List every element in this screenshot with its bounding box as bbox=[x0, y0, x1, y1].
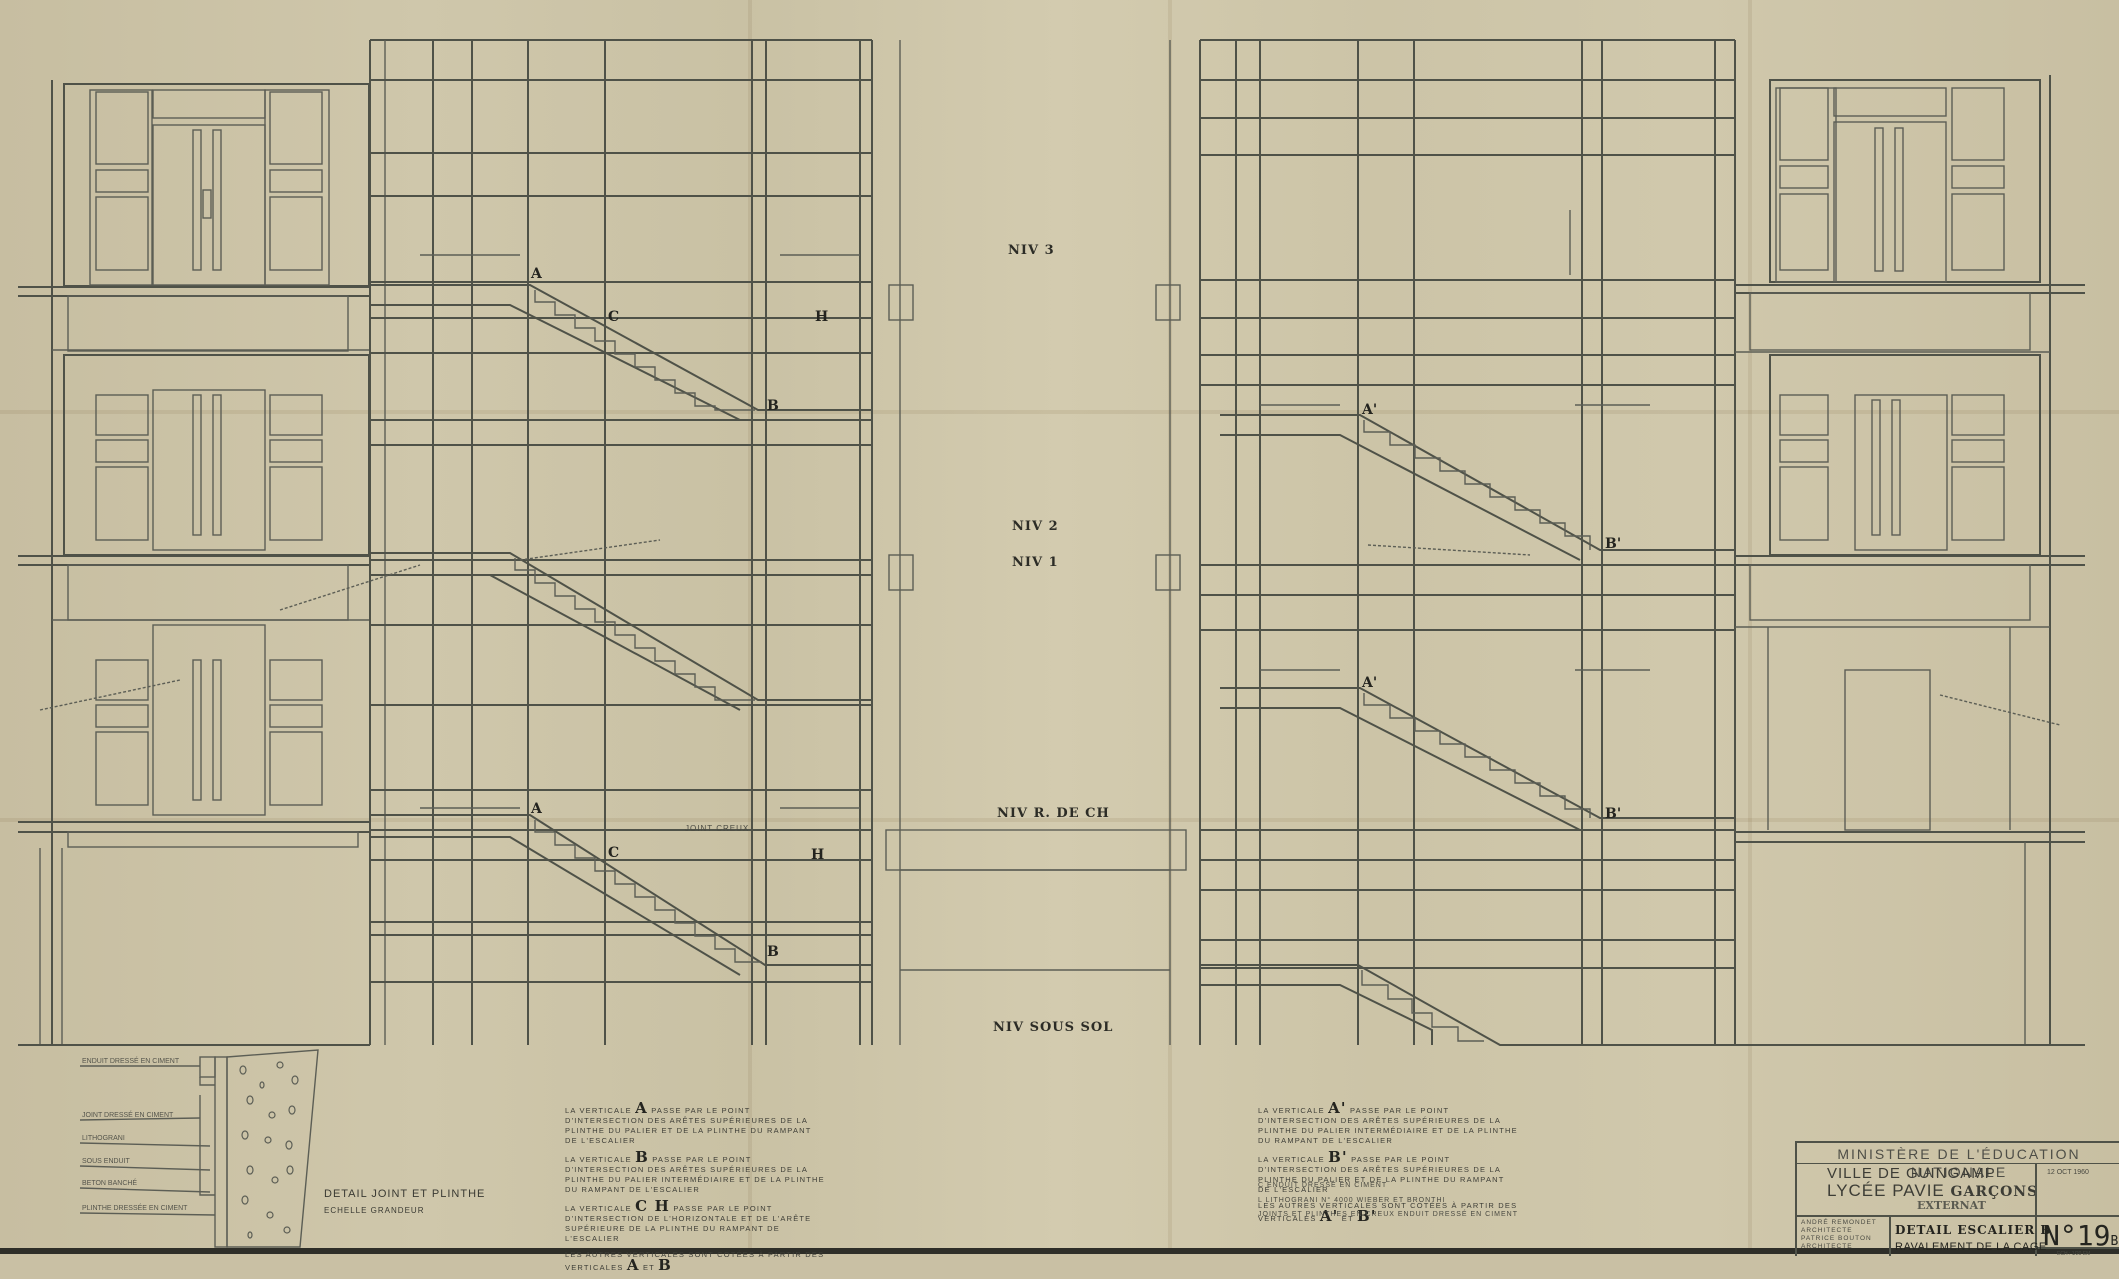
point-a-prime-upper: A' bbox=[1362, 402, 1377, 418]
level-label-niv2: NIV 2 bbox=[1012, 519, 1059, 534]
point-a-lower: A bbox=[531, 801, 542, 817]
title-ville: VILLE DE GUINGAMP bbox=[1827, 1165, 1996, 1182]
legend-joints: JOINTS ET PLINTHES EN CREUX ENDUIT DRESS… bbox=[1258, 1211, 1518, 1218]
legend-l: L LITHOGRANI N° 4000 WIEBER ET BRONTHI bbox=[1258, 1197, 1445, 1204]
point-c-lower: C bbox=[608, 845, 619, 861]
detail-label-lithograni: LITHOGRANI bbox=[82, 1135, 125, 1142]
detail-label-beton: BETON BANCHÉ bbox=[82, 1180, 137, 1187]
point-a-upper: A bbox=[531, 266, 542, 282]
point-c-upper: C bbox=[608, 309, 619, 325]
detail-title: DETAIL JOINT ET PLINTHE bbox=[324, 1188, 485, 1200]
point-b-upper: B bbox=[767, 398, 779, 414]
detail-label-sous-enduit: SOUS ENDUIT bbox=[82, 1158, 130, 1165]
point-b-prime-upper: B' bbox=[1605, 536, 1621, 552]
title-subtitle: RAVALEMENT DE LA CAGE bbox=[1895, 1241, 2047, 1253]
point-h-lower: H bbox=[811, 847, 824, 863]
title-architects: ANDRÉ REMONDET ARCHITECTE PATRICE BOUTON… bbox=[1801, 1219, 1877, 1251]
elevation-drawing bbox=[0, 0, 2119, 1254]
title-divider bbox=[1797, 1215, 2119, 1217]
detail-label-enduit: ENDUIT DRESSÉ EN CIMENT bbox=[82, 1058, 179, 1065]
level-label-rdc: NIV R. DE CH bbox=[997, 806, 1110, 821]
drawing-number: N°19B bbox=[2043, 1219, 2118, 1252]
title-externat: EXTERNAT bbox=[1917, 1199, 1986, 1212]
detail-label-plinthe: PLINTHE DRESSÉE EN CIMENT bbox=[82, 1205, 187, 1212]
point-b-prime-lower: B' bbox=[1605, 806, 1621, 822]
point-h-upper: H bbox=[815, 309, 828, 325]
level-label-sous-sol: NIV SOUS SOL bbox=[993, 1020, 1113, 1035]
joint-creux-label: JOINT CREUX bbox=[685, 824, 749, 833]
level-label-niv3: NIV 3 bbox=[1008, 243, 1055, 258]
title-divider bbox=[1889, 1216, 1891, 1254]
notes-left: LA VERTICALE A PASSE PAR LE POINT D'INTE… bbox=[565, 1103, 825, 1254]
detail-scale: ECHELLE GRANDEUR bbox=[324, 1206, 424, 1215]
left-facade bbox=[18, 80, 370, 1045]
center-shaft bbox=[886, 40, 1186, 1045]
right-stair-wall-grid bbox=[1200, 40, 1735, 1045]
title-drawing: DETAIL ESCALIER B bbox=[1895, 1223, 2052, 1237]
title-lycee: LYCÉE PAVIE GARÇONS bbox=[1827, 1181, 2038, 1201]
point-a-prime-lower: A' bbox=[1362, 675, 1377, 691]
legend-c: C ENDUIT DRESSÉ EN CIMENT bbox=[1258, 1182, 1387, 1189]
right-facade bbox=[1735, 75, 2085, 1045]
level-label-niv1: NIV 1 bbox=[1012, 555, 1059, 570]
blueprint-sheet: NIV 3 NIV 2 NIV 1 NIV R. DE CH NIV SOUS … bbox=[0, 0, 2119, 1254]
title-ministry: MINISTÈRE DE L'ÉDUCATION NATIONALE bbox=[1797, 1145, 2119, 1164]
detail-joint-section bbox=[80, 1050, 318, 1247]
title-date: 12 OCT 1960 bbox=[2047, 1169, 2089, 1176]
point-b-lower: B bbox=[767, 944, 779, 960]
title-block: MINISTÈRE DE L'ÉDUCATION NATIONALE VILLE… bbox=[1795, 1141, 2119, 1254]
detail-label-joint: JOINT DRESSÉ EN CIMENT bbox=[82, 1112, 173, 1119]
